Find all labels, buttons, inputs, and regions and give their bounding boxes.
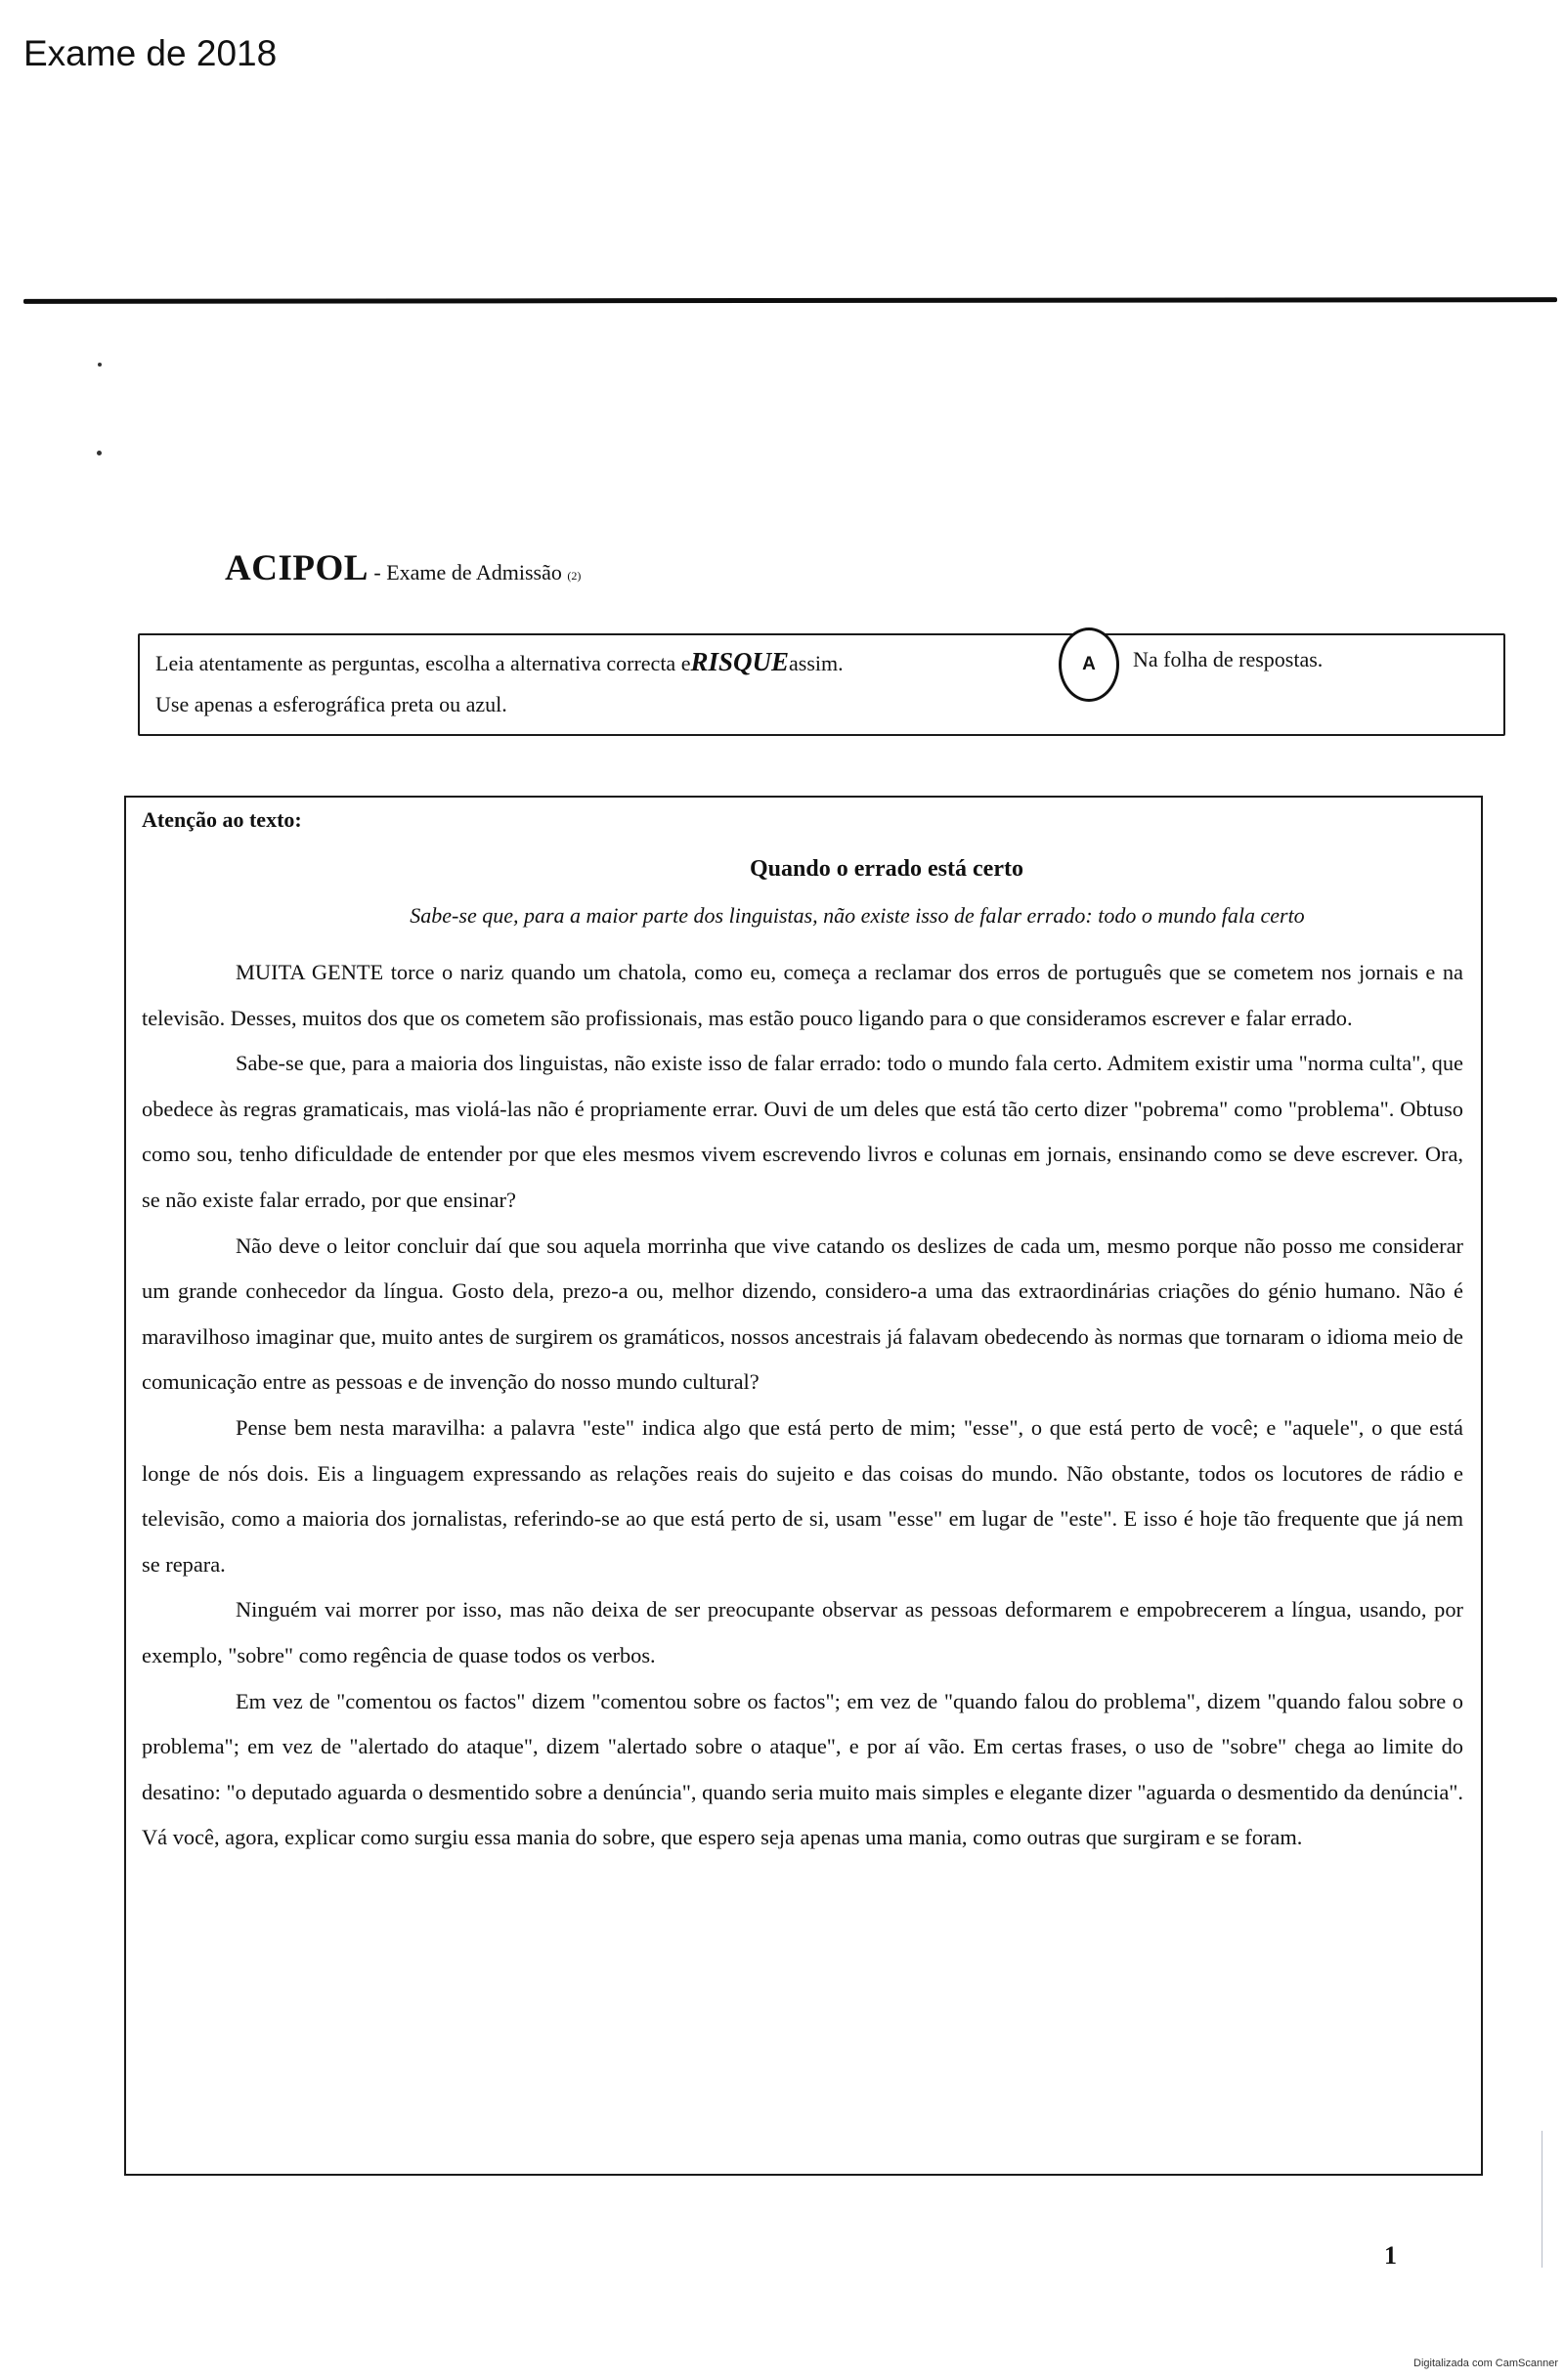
paragraph: Em vez de "comentou os factos" dizem "co…: [142, 1679, 1463, 1861]
paragraph: Ninguém vai morrer por isso, mas não dei…: [142, 1587, 1463, 1678]
scan-speck: [97, 451, 102, 455]
scan-speck: [98, 363, 102, 367]
scan-edge-line: [1542, 2131, 1542, 2268]
institution-name: ACIPOL: [225, 548, 369, 588]
exam-subtitle: - Exame de Admissão: [369, 560, 567, 584]
instruction-text: Leia atentamente as perguntas, escolha a…: [155, 651, 690, 675]
circled-answer-example-icon: A: [1059, 627, 1119, 702]
instruction-text: assim.: [789, 651, 844, 675]
article-title: Quando o errado está certo: [126, 856, 1481, 883]
article-epigraph: Sabe-se que, para a maior parte dos ling…: [126, 903, 1481, 929]
example-mark-letter: A: [1082, 654, 1096, 675]
paragraph: Sabe-se que, para a maioria dos linguist…: [142, 1041, 1463, 1223]
sheet-number: (2): [567, 569, 581, 583]
reading-text-box: Atenção ao texto: Quando o errado está c…: [124, 796, 1483, 2176]
instruction-line-2: Use apenas a esferográfica preta ou azul…: [155, 692, 507, 717]
instruction-text: Na folha de respostas.: [1133, 647, 1323, 672]
paragraph: Pense bem nesta maravilha: a palavra "es…: [142, 1406, 1463, 1587]
instructions-box: Leia atentamente as perguntas, escolha a…: [138, 633, 1505, 736]
paragraph: MUITA GENTE torce o nariz quando um chat…: [142, 950, 1463, 1041]
page-label: Exame de 2018: [23, 33, 277, 74]
instruction-emphasis: RISQUE: [690, 647, 789, 676]
section-label: Atenção ao texto:: [142, 807, 302, 833]
instruction-line-1: Leia atentamente as perguntas, escolha a…: [155, 647, 844, 677]
exam-header: ACIPOL - Exame de Admissão (2): [225, 547, 581, 589]
paragraph: Não deve o leitor concluir daí que sou a…: [142, 1224, 1463, 1406]
horizontal-divider: [23, 297, 1557, 304]
scanner-watermark: Digitalizada com CamScanner: [1413, 2358, 1558, 2369]
page-number: 1: [1384, 2241, 1397, 2271]
article-body: MUITA GENTE torce o nariz quando um chat…: [142, 950, 1463, 1861]
